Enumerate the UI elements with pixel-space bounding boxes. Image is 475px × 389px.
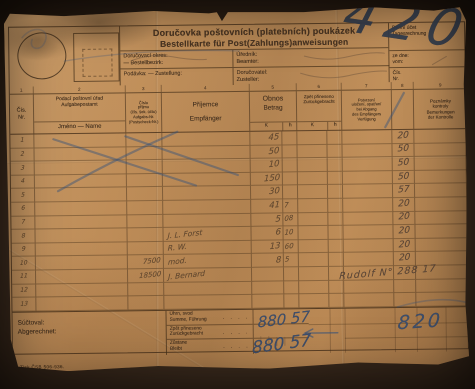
- summary-total-label-cs: Úhrn, svod: [169, 312, 192, 317]
- body-cell: [328, 185, 343, 199]
- summary-remaining-label-de: Bleibt: [170, 347, 182, 352]
- body-cell: 1: [10, 134, 34, 148]
- handwritten-entry: 5: [21, 192, 25, 198]
- header-post-office-col: Podací poštovní úřad Aufgabepostamt Jmén…: [34, 93, 126, 133]
- handwritten-entry: 50: [397, 145, 409, 155]
- handwritten-entry: mod.: [168, 257, 187, 266]
- body-cell: [415, 184, 468, 198]
- body-cell: [328, 212, 343, 226]
- form-paper: Doručovka poštovních (platebních) poukáz…: [4, 4, 470, 374]
- body-cell: [327, 144, 342, 158]
- body-cell: [416, 279, 469, 293]
- body-cell: 20: [392, 130, 414, 144]
- body-cell: [344, 280, 394, 294]
- header-nr: Nr.: [18, 114, 25, 121]
- body-cell: [36, 242, 128, 257]
- body-cell: 4: [11, 175, 35, 189]
- body-cell: J. Bernard: [164, 268, 252, 283]
- body-cell: [35, 174, 127, 189]
- body-cell: [414, 143, 467, 157]
- body-cell: 7500: [128, 255, 164, 269]
- body-cell: 6: [11, 203, 35, 217]
- field-delivery-label-cs: Podávka:: [124, 71, 147, 77]
- body-cell: [299, 240, 329, 254]
- col-number: 9: [414, 81, 467, 89]
- handwritten-entry: R. W.: [168, 243, 187, 252]
- handwritten-entry: 18500: [139, 271, 161, 280]
- handwritten-entry: 2: [20, 151, 24, 157]
- body-cell: R. W.: [164, 241, 252, 256]
- handwritten-entry: 1: [20, 138, 24, 144]
- body-cell: [344, 293, 394, 307]
- header-der-kontrolle: der Kontrolle: [428, 114, 454, 120]
- handwritten-entry: 3: [20, 165, 24, 171]
- body-cell: [34, 133, 126, 148]
- body-cell: [128, 242, 164, 256]
- stamp-box-inner: [82, 49, 112, 77]
- body-cell: [34, 147, 126, 162]
- summary-remaining-label-cs: Zůstane: [170, 341, 187, 346]
- handwritten-entry: 7500: [143, 257, 161, 266]
- body-cell: [127, 187, 163, 201]
- body-cell: 10: [12, 257, 36, 271]
- body-cell: 8: [11, 230, 35, 244]
- header-returned-col: Zpět přineseno Zurückgebracht K h: [297, 91, 342, 131]
- body-cell: [252, 268, 284, 282]
- body-cell: [298, 226, 328, 240]
- body-cell: [283, 186, 298, 200]
- body-cell: [162, 132, 250, 147]
- col-number: 8: [392, 82, 414, 89]
- field-carrier-label-cs: Doručovatel:: [237, 70, 268, 76]
- handwritten-entry: 50: [397, 172, 409, 182]
- body-cell: [35, 188, 127, 203]
- body-cell: [127, 174, 163, 188]
- header-zurueckgebracht: Zurückgebracht: [303, 99, 334, 105]
- handwritten-entry: 13: [270, 242, 281, 252]
- col-number: 1: [10, 86, 34, 93]
- body-cell: 2: [10, 148, 34, 162]
- body-cell: [342, 130, 392, 144]
- body-cell: [36, 256, 128, 271]
- col-number: 5: [250, 83, 297, 91]
- handwritten-entry: 57: [398, 186, 410, 196]
- body-cell: 30: [251, 186, 283, 200]
- handwritten-entry: 8: [21, 233, 25, 239]
- stamp-box: [73, 32, 120, 82]
- body-cell: [252, 281, 284, 295]
- body-cell: [297, 131, 327, 145]
- handwritten-side-total: 820: [397, 311, 444, 333]
- body-cell: [283, 158, 298, 172]
- body-cell: 8: [252, 254, 284, 268]
- handwritten-entry: 9: [21, 247, 25, 253]
- body-cell: [343, 198, 393, 212]
- body-cell: [343, 157, 393, 171]
- body-cell: [415, 197, 468, 211]
- header-amount-col: Obnos Betrag K h: [250, 91, 297, 131]
- body-cell: [36, 269, 128, 284]
- body-cell: [329, 280, 344, 294]
- body-cell: [299, 253, 329, 267]
- handwritten-entry: 20: [398, 240, 410, 250]
- handwritten-entry: 4: [20, 179, 24, 185]
- body-cell: [343, 225, 393, 239]
- body-cell: mod.: [164, 254, 252, 269]
- handwritten-entry: 20: [398, 254, 410, 264]
- body-cell: [415, 170, 468, 184]
- handwritten-entry: J. Bernard: [168, 269, 205, 280]
- header-prijemce: Příjemce: [193, 101, 219, 109]
- body-cell: [35, 201, 127, 216]
- body-cell: 10: [251, 159, 283, 173]
- body-cell: 41: [251, 199, 283, 213]
- body-cell: 20: [394, 239, 416, 253]
- header-kh-split: K h: [297, 121, 341, 131]
- body-cell: 60: [284, 240, 299, 254]
- body-cell: 50: [393, 157, 415, 171]
- body-cell: 5: [11, 189, 35, 203]
- field-clerk-label-cs: Úředník:: [236, 52, 257, 58]
- body-cell: 9: [12, 243, 36, 257]
- photo-background: Doručovka poštovních (platebních) poukáz…: [0, 0, 475, 389]
- header-aufgabepostamt: Aufgabepostamt: [61, 102, 97, 108]
- body-cell: [284, 281, 299, 295]
- body-cell: [328, 226, 343, 240]
- handwritten-entry: 20: [397, 131, 409, 141]
- postmark-circle: [17, 32, 67, 80]
- handwritten-entry: 20: [398, 226, 410, 236]
- body-cell: [282, 145, 297, 159]
- handwritten-entry: 7: [284, 202, 289, 210]
- body-cell: 13: [252, 240, 284, 254]
- body-cell: [328, 172, 343, 186]
- handwritten-entry: J. L. Forst: [167, 229, 202, 240]
- header-k: K: [297, 122, 327, 130]
- body-cell: 50: [392, 143, 414, 157]
- field-district-label-de: — Bestellbezirk:: [123, 59, 232, 67]
- body-cell: 11: [12, 271, 36, 285]
- handwritten-entry: 6: [21, 206, 25, 212]
- body-cell: 08: [283, 213, 298, 227]
- handwritten-entry: 41: [269, 201, 280, 211]
- body-cell: [164, 282, 252, 297]
- printer-imprint: Tisk ČSB 506-936.: [20, 364, 64, 370]
- header-receipt-number-col: Číslo příjmu (čís. šek. účtu) Aufgabs-Nr…: [126, 93, 162, 132]
- header-jmeno-name: Jméno — Name: [34, 120, 125, 133]
- body-cell: 6: [251, 227, 283, 241]
- body-cell: [343, 185, 393, 199]
- body-cell: [415, 224, 468, 238]
- body-cell: 5: [284, 254, 299, 268]
- body-cell: 50: [393, 171, 415, 185]
- handwritten-entry: 50: [397, 158, 409, 168]
- col-number: 7: [342, 82, 392, 90]
- body-cell: [297, 145, 327, 159]
- header-number-col: Čís. Nr.: [10, 94, 34, 133]
- header-fee-col: [392, 90, 414, 129]
- body-cell: [283, 172, 298, 186]
- handwritten-entry: 150: [264, 174, 280, 184]
- body-cell: [36, 283, 128, 298]
- body-cell: [298, 213, 328, 227]
- summary-right-grid: [308, 307, 470, 353]
- body-cell: [36, 297, 128, 312]
- body-cell: [343, 171, 393, 185]
- table-header: Čís. Nr. Podací poštovní úřad Aufgabepos…: [10, 89, 467, 135]
- header-recipient-col: Příjemce Empfänger: [162, 92, 250, 132]
- col-number: 6: [297, 83, 342, 91]
- body-cell: [329, 240, 344, 254]
- body-cell: 20: [393, 198, 415, 212]
- body-cell: J. L. Forst: [163, 227, 251, 242]
- handwritten-entry: 10: [269, 160, 280, 170]
- body-cell: [299, 294, 329, 308]
- handwritten-entry: 10: [284, 229, 293, 237]
- handwritten-entry: 5: [285, 256, 290, 264]
- col-number: 3: [126, 85, 162, 92]
- body-cell: [328, 158, 343, 172]
- body-cell: [343, 212, 393, 226]
- field-district-label-cs: Doručovací okres:: [123, 53, 167, 60]
- field-clerk-label-de: Beamter:: [236, 57, 389, 66]
- body-cell: [127, 228, 163, 242]
- handwritten-entry: 60: [285, 243, 294, 251]
- body-cell: [415, 156, 468, 170]
- summary-returned-label-de: Zurückgebracht: [170, 332, 203, 337]
- body-cell: [299, 267, 329, 281]
- body-cell: [298, 199, 328, 213]
- body-cell: 45: [250, 131, 282, 145]
- body-cell: [284, 295, 299, 309]
- body-cell: [127, 201, 163, 215]
- header-empfaenger: Empfänger: [190, 115, 222, 123]
- body-cell: 3: [11, 162, 35, 176]
- header-disposition-col: Potvrzení uložení, opatření bei Abgang d…: [342, 90, 392, 130]
- body-cell: [127, 160, 163, 174]
- body-cell: 18500: [128, 269, 164, 283]
- header-c3-line: (Postscheck-Nr.): [129, 120, 159, 125]
- body-cell: 20: [393, 211, 415, 225]
- body-cell: 50: [250, 145, 282, 159]
- field-clerk: Úředník: Beamter:: [233, 48, 389, 68]
- col-number: 4: [162, 84, 250, 92]
- leader-dots: · · · ·: [223, 316, 250, 322]
- body-cell: 5: [251, 213, 283, 227]
- handwritten-entry: 08: [284, 215, 293, 223]
- handwritten-total-2: 880 57: [252, 332, 311, 357]
- body-cell: [416, 292, 469, 306]
- handwritten-entry: 13: [20, 301, 28, 308]
- col-number: 2: [34, 85, 126, 93]
- handwritten-entry: 20: [398, 213, 410, 223]
- body-cell: [162, 145, 250, 160]
- body-cell: [298, 158, 328, 172]
- settled-label-de: Abgerechnet:: [18, 328, 57, 335]
- handwritten-entry: 10: [19, 260, 27, 267]
- handwritten-entry: 8: [275, 256, 281, 265]
- handwritten-entry: 45: [268, 133, 279, 143]
- body-cell: [329, 253, 344, 267]
- body-cell: 57: [393, 184, 415, 198]
- settled-by-box: Súčtoval: Abgerechnet:: [12, 311, 167, 357]
- body-cell: [344, 253, 394, 267]
- header-obnos: Obnos: [263, 95, 284, 104]
- body-cell: [415, 211, 468, 225]
- body-cell: 12: [12, 284, 36, 298]
- handwritten-entry: 12: [20, 287, 28, 294]
- handwritten-entry: 5: [275, 215, 281, 224]
- body-cell: 7: [283, 199, 298, 213]
- body-cell: [163, 200, 251, 215]
- header-betrag: Betrag: [263, 104, 282, 112]
- header-k: K: [250, 122, 282, 130]
- body-cell: [327, 131, 342, 145]
- header-control-notes-col: Poznámky kontroly Bemerkungen der Kontro…: [414, 89, 467, 129]
- body-cell: [164, 295, 252, 310]
- leader-dots: · · · ·: [223, 345, 250, 351]
- handwritten-entry: 50: [269, 147, 280, 157]
- body-cell: [126, 133, 162, 147]
- form-outline: Doručovka poštovních (platebních) poukáz…: [8, 21, 469, 355]
- header-h: h: [282, 122, 297, 130]
- body-cell: [416, 238, 469, 252]
- daybox-number: Čís. Nr.: [390, 67, 467, 82]
- body-cell: 13: [12, 298, 36, 312]
- body-cell: [328, 199, 343, 213]
- body-cell: [284, 267, 299, 281]
- field-delivery-label-de: — Zustellung:: [148, 71, 182, 77]
- body-cell: [35, 215, 127, 230]
- body-cell: [35, 161, 127, 176]
- body-cell: [163, 186, 251, 201]
- body-cell: 7: [11, 216, 35, 230]
- body-cell: [394, 293, 416, 307]
- header-h: h: [327, 122, 342, 130]
- body-cell: [299, 281, 329, 295]
- table-body: 145202505031050415050530576417207508208J…: [10, 129, 469, 312]
- field-district: Doručovací okres: — Bestellbezirk:: [120, 50, 233, 69]
- header-c7-line: Verfügung: [358, 117, 376, 122]
- stamp-area: [9, 26, 121, 86]
- body-cell: [127, 215, 163, 229]
- body-cell: [342, 144, 392, 158]
- body-cell: [298, 185, 328, 199]
- body-cell: 10: [283, 227, 298, 241]
- handwritten-entry: 11: [20, 274, 28, 281]
- header-fields: Doručovací okres: — Bestellbezirk: Podáv…: [120, 47, 388, 86]
- body-cell: 150: [251, 172, 283, 186]
- body-cell: [35, 229, 127, 244]
- body-cell: [163, 173, 251, 188]
- summary-total-label-de: Summe, Führung: [170, 317, 207, 322]
- handwritten-entry: 20: [398, 199, 410, 209]
- header-kh-split: K h: [250, 121, 296, 131]
- body-cell: [163, 213, 251, 228]
- body-cell: [329, 294, 344, 308]
- handwritten-entry: 30: [269, 187, 280, 197]
- body-cell: [252, 295, 284, 309]
- body-cell: [282, 131, 297, 145]
- body-cell: [163, 159, 251, 174]
- handwritten-entry: 6: [275, 229, 281, 238]
- body-cell: 20: [393, 225, 415, 239]
- body-cell: [128, 283, 164, 297]
- daybox-date-de: vom:: [392, 59, 403, 65]
- leader-dots: · · · ·: [223, 331, 250, 337]
- body-cell: [128, 296, 164, 310]
- body-cell: [344, 239, 394, 253]
- body-cell: [298, 172, 328, 186]
- handwritten-entry: 7: [21, 219, 25, 225]
- settled-label-cs: Súčtoval:: [18, 319, 45, 326]
- body-cell: [414, 129, 467, 143]
- body-cell: [126, 147, 162, 161]
- body-cell: [394, 280, 416, 294]
